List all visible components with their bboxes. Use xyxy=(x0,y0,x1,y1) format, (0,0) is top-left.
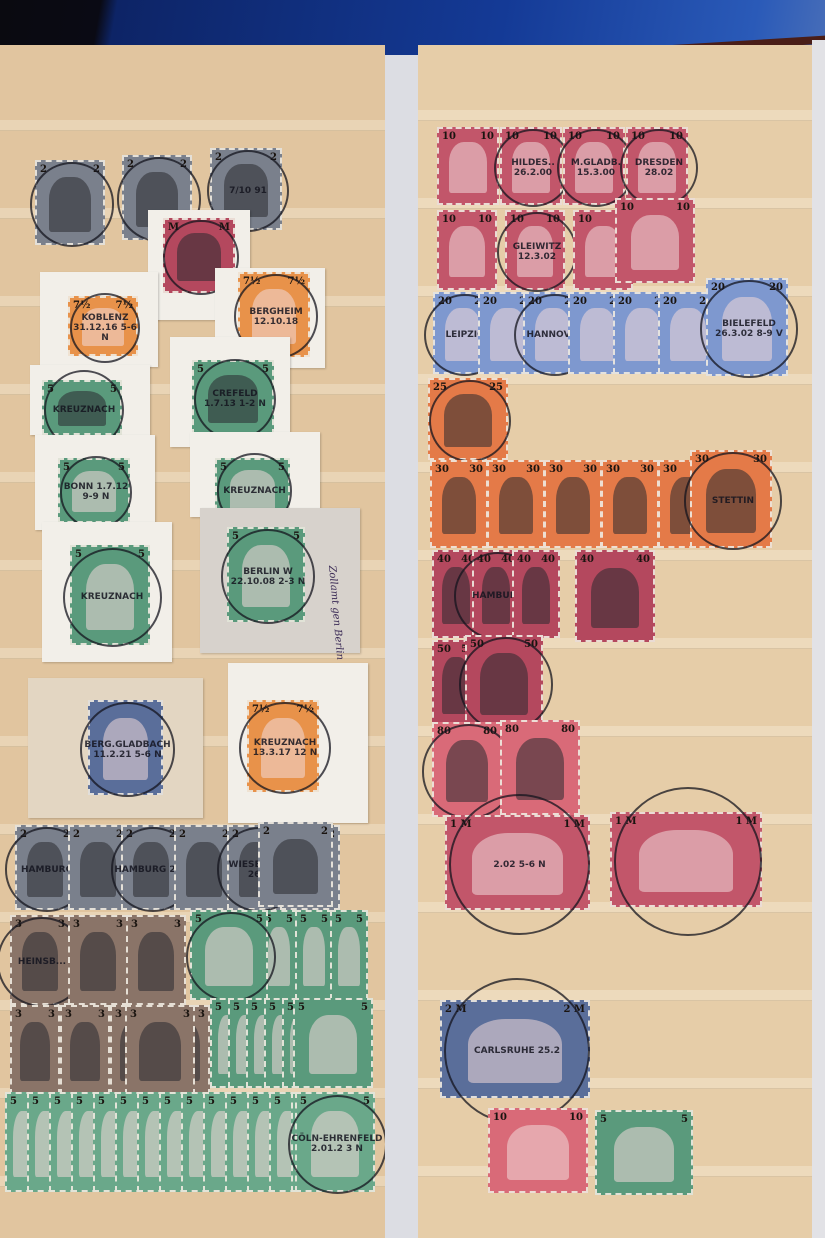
stamp: 3030 xyxy=(430,460,488,548)
postmark: BERLIN W 22.10.08 2-3 N xyxy=(221,529,315,623)
stamp: 3030 xyxy=(544,460,602,548)
germania-figure xyxy=(70,1022,99,1081)
denomination: 5 xyxy=(215,1002,222,1013)
germania-figure xyxy=(303,927,325,986)
denomination: 5 xyxy=(300,914,307,925)
germania-figure xyxy=(20,1022,49,1081)
denomination: 3 xyxy=(48,1009,55,1020)
stamp: 33 xyxy=(125,1005,195,1095)
denomination: 5 xyxy=(164,1096,171,1107)
denomination: 10 xyxy=(493,1112,507,1123)
denomination: 5 xyxy=(335,914,342,925)
germania-figure xyxy=(580,308,616,361)
germania-figure xyxy=(309,1015,358,1074)
stamp: 1010 xyxy=(615,198,695,283)
denomination: 5 xyxy=(252,1096,259,1107)
stamp: 4040 xyxy=(512,550,560,638)
stamp: 55 xyxy=(330,910,368,1000)
denomination: 5 xyxy=(230,1096,237,1107)
stamp: 22 xyxy=(258,822,333,907)
denomination: 40 xyxy=(517,554,531,565)
germania-figure xyxy=(138,932,174,991)
postmark: KOBLENZ 31.12.16 5-6 N xyxy=(70,293,141,364)
denomination: 3 xyxy=(98,1009,105,1020)
denomination: 20 xyxy=(618,296,632,307)
denomination: 80 xyxy=(505,724,519,735)
denomination: 2 xyxy=(321,826,328,837)
denomination: 20 xyxy=(483,296,497,307)
denomination: 5 xyxy=(208,1096,215,1107)
stamp: 55 xyxy=(595,1110,693,1195)
germania-figure xyxy=(613,477,648,534)
denomination: 80 xyxy=(561,724,575,735)
germania-figure xyxy=(449,226,485,278)
denomination: 5 xyxy=(269,1002,276,1013)
stamp: 1010 xyxy=(488,1108,588,1193)
denomination: 3 xyxy=(65,1009,72,1020)
denomination: 10 xyxy=(676,202,690,213)
postmark xyxy=(429,380,511,462)
postmark: CÖLN-EHRENFELD 2.01.2 3 N xyxy=(288,1095,387,1194)
denomination: 5 xyxy=(361,1002,368,1013)
page-gutter xyxy=(385,55,418,1238)
denomination: 40 xyxy=(541,554,555,565)
denomination: 10 xyxy=(620,202,634,213)
germania-figure xyxy=(631,215,680,270)
denomination: 50 xyxy=(437,644,451,655)
postmark: CREFELD 1.7.13 1-2 N xyxy=(194,359,276,441)
denomination: 5 xyxy=(251,1002,258,1013)
stockbook-strip xyxy=(0,120,385,131)
denomination: 5 xyxy=(274,1096,281,1107)
denomination: 30 xyxy=(663,464,677,475)
germania-figure xyxy=(338,927,360,986)
denomination: 2 xyxy=(179,829,186,840)
right-album-page: 10101010HILDES.. 26.2.001010M.GLADB. 15.… xyxy=(418,45,818,1238)
denomination: 5 xyxy=(76,1096,83,1107)
germania-figure xyxy=(499,477,534,534)
denomination: 5 xyxy=(600,1114,607,1125)
denomination: 10 xyxy=(578,214,592,225)
germania-figure xyxy=(556,477,591,534)
denomination: 2 xyxy=(73,829,80,840)
stamp: 1010 xyxy=(437,127,499,205)
stamp: 3030 xyxy=(601,460,659,548)
denomination: 10 xyxy=(480,131,494,142)
germania-figure xyxy=(516,738,565,800)
postmark: 2.02 5-6 N xyxy=(449,794,591,936)
denomination: 40 xyxy=(580,554,594,565)
postmark: BONN 1.7.12 9-9 N xyxy=(60,456,132,528)
denomination: 30 xyxy=(526,464,540,475)
postmark: BERG.GLADBACH 11.2.21 5-6 N xyxy=(80,702,174,796)
denomination: 30 xyxy=(492,464,506,475)
denomination: 5 xyxy=(120,1096,127,1107)
denomination: 3 xyxy=(183,1009,190,1020)
postmark: CARLSRUHE 25.2 xyxy=(444,978,591,1125)
postmark xyxy=(186,912,276,1002)
denomination: 20 xyxy=(663,296,677,307)
denomination: 40 xyxy=(437,554,451,565)
stamp: 33 xyxy=(10,1005,60,1095)
denomination: 3 xyxy=(116,919,123,930)
germania-figure xyxy=(273,839,318,894)
germania-figure xyxy=(614,1127,674,1182)
denomination: 30 xyxy=(583,464,597,475)
stamp: 33 xyxy=(68,915,128,1005)
postmark: GLEIWITZ 12.3.02 xyxy=(497,212,577,292)
denomination: 5 xyxy=(321,914,328,925)
denomination: 5 xyxy=(54,1096,61,1107)
denomination: 5 xyxy=(286,914,293,925)
postmark xyxy=(459,637,553,731)
postmark xyxy=(614,787,762,935)
stamp: 33 xyxy=(126,915,186,1005)
denomination: 3 xyxy=(174,919,181,930)
left-album-page: 2222227/10 91MM7½7½KOBLENZ 31.12.16 5-6 … xyxy=(0,45,385,1238)
postmark: STETTIN xyxy=(684,452,781,549)
postmark: DRESDEN 28.02 xyxy=(620,129,698,207)
denomination: 10 xyxy=(569,1112,583,1123)
denomination: 10 xyxy=(442,214,456,225)
denomination: 5 xyxy=(10,1096,17,1107)
stamp: 1010 xyxy=(437,210,497,290)
denomination: 3 xyxy=(15,1009,22,1020)
germania-figure xyxy=(442,477,477,534)
denomination: 20 xyxy=(573,296,587,307)
denomination: 40 xyxy=(636,554,650,565)
stamp: 55 xyxy=(295,910,333,1000)
denomination: 5 xyxy=(186,1096,193,1107)
denomination: 5 xyxy=(98,1096,105,1107)
germania-figure xyxy=(139,1022,181,1081)
denomination: 5 xyxy=(233,1002,240,1013)
page-edge xyxy=(812,40,825,1238)
postmark: KREUZNACH xyxy=(63,548,162,647)
denomination: 5 xyxy=(298,1002,305,1013)
denomination: 3 xyxy=(130,1009,137,1020)
germania-figure xyxy=(522,567,550,624)
postmark: BIELEFELD 26.3.02 8-9 V xyxy=(700,280,797,377)
denomination: 30 xyxy=(435,464,449,475)
stockbook-strip xyxy=(418,110,818,121)
germania-figure xyxy=(625,308,661,361)
denomination: 5 xyxy=(681,1114,688,1125)
denomination: 10 xyxy=(478,214,492,225)
denomination: 5 xyxy=(356,914,363,925)
germania-figure xyxy=(449,142,486,192)
denomination: 30 xyxy=(549,464,563,475)
denomination: 30 xyxy=(606,464,620,475)
denomination: 3 xyxy=(131,919,138,930)
germania-figure xyxy=(591,568,640,628)
denomination: 10 xyxy=(442,131,456,142)
germania-figure xyxy=(507,1125,568,1180)
denomination: 30 xyxy=(469,464,483,475)
postmark: KREUZNACH 13.3.17 12 N xyxy=(239,702,330,793)
denomination: 30 xyxy=(640,464,654,475)
stamp: 4040 xyxy=(575,550,655,642)
postmark xyxy=(30,162,115,247)
denomination: 3 xyxy=(73,919,80,930)
germania-figure xyxy=(80,932,116,991)
denomination: 3 xyxy=(115,1009,122,1020)
stamp: 33 xyxy=(60,1005,110,1095)
denomination: 2 xyxy=(263,826,270,837)
denomination: 3 xyxy=(198,1009,205,1020)
stamp: 55 xyxy=(293,998,373,1088)
stamp: 3030 xyxy=(487,460,545,548)
denomination: 5 xyxy=(142,1096,149,1107)
denomination: 5 xyxy=(32,1096,39,1107)
